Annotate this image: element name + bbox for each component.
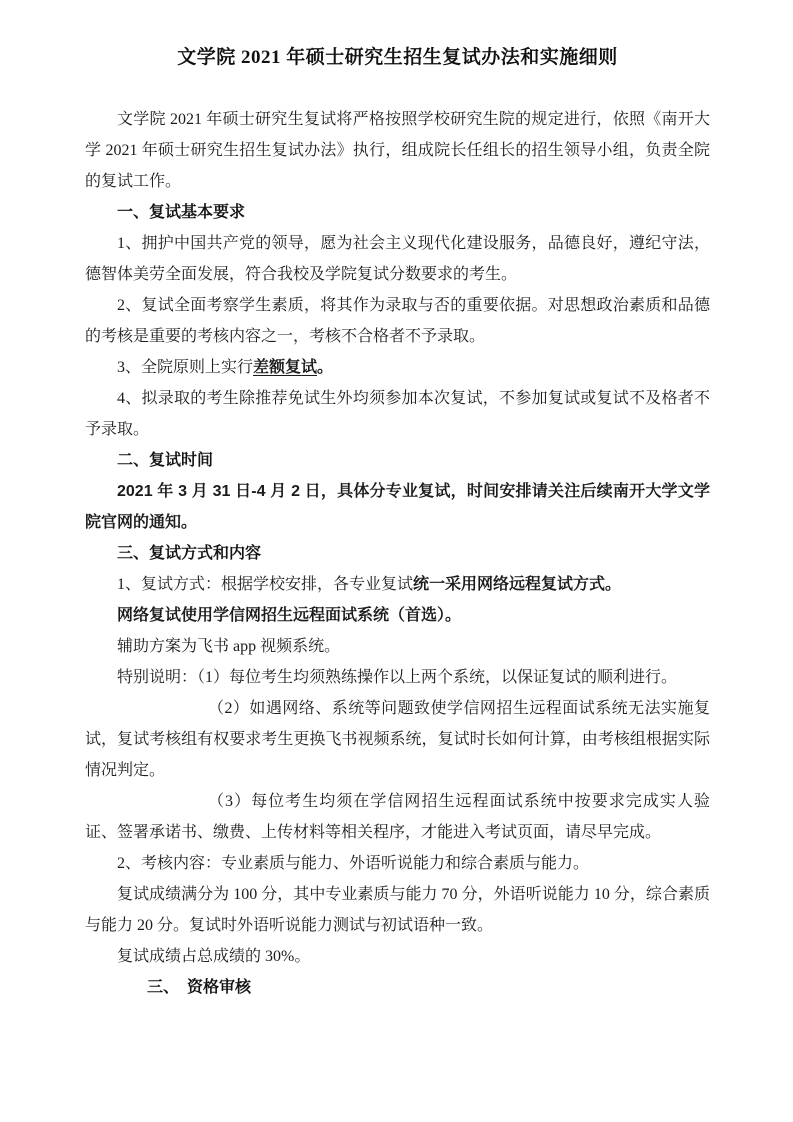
intro-paragraph: 文学院 2021 年硕士研究生复试将严格按照学校研究生院的规定进行，依照《南开大… (85, 104, 710, 197)
special-note-2: （2）如遇网络、系统等问题致使学信网招生远程面试系统无法实施复试，复试考核组有权… (85, 693, 710, 786)
requirements-item-3-prefix: 3、全院原则上实行 (117, 359, 253, 376)
backup-system-paragraph: 辅助方案为飞书 app 视频系统。 (85, 631, 710, 662)
remote-reexam-emphasis: 统一采用网络远程复试方式。 (413, 576, 621, 593)
score-breakdown-paragraph: 复试成绩满分为 100 分，其中专业素质与能力 70 分，外语听说能力 10 分… (85, 879, 710, 941)
section-heading-method: 三、复试方式和内容 (85, 538, 710, 569)
requirements-item-2: 2、复试全面考察学生素质，将其作为录取与否的重要依据。对思想政治素质和品德的考核… (85, 290, 710, 352)
score-weight-paragraph: 复试成绩占总成绩的 30%。 (85, 941, 710, 972)
method-item-1-prefix: 1、复试方式：根据学校安排，各专业复试 (117, 576, 413, 593)
document-title: 文学院 2021 年硕士研究生招生复试办法和实施细则 (85, 42, 710, 74)
special-note-1: 特别说明：（1）每位考生均须熟练操作以上两个系统，以保证复试的顺利进行。 (85, 662, 710, 693)
method-item-2: 2、考核内容：专业素质与能力、外语听说能力和综合素质与能力。 (85, 848, 710, 879)
requirements-item-1: 1、拥护中国共产党的领导，愿为社会主义现代化建设服务，品德良好，遵纪守法，德智体… (85, 228, 710, 290)
special-note-3: （3）每位考生均须在学信网招生远程面试系统中按要求完成实人验证、签署承诺书、缴费… (85, 786, 710, 848)
section-heading-qualification: 三、 资格审核 (85, 972, 710, 1003)
method-item-1: 1、复试方式：根据学校安排，各专业复试统一采用网络远程复试方式。 (85, 569, 710, 600)
requirements-item-4: 4、拟录取的考生除推荐免试生外均须参加本次复试，不参加复试或复试不及格者不予录取… (85, 383, 710, 445)
reexam-schedule-paragraph: 2021 年 3 月 31 日-4 月 2 日，具体分专业复试，时间安排请关注后… (85, 476, 710, 538)
requirements-item-3-suffix: 。 (317, 359, 333, 376)
primary-system-paragraph: 网络复试使用学信网招生远程面试系统（首选）。 (85, 600, 710, 631)
differential-reexam-emphasis: 差额复试 (253, 359, 317, 376)
section-heading-requirements: 一、复试基本要求 (85, 197, 710, 228)
document-page: 文学院 2021 年硕士研究生招生复试办法和实施细则 文学院 2021 年硕士研… (0, 0, 793, 1122)
section-heading-time: 二、复试时间 (85, 445, 710, 476)
requirements-item-3: 3、全院原则上实行差额复试。 (85, 352, 710, 383)
